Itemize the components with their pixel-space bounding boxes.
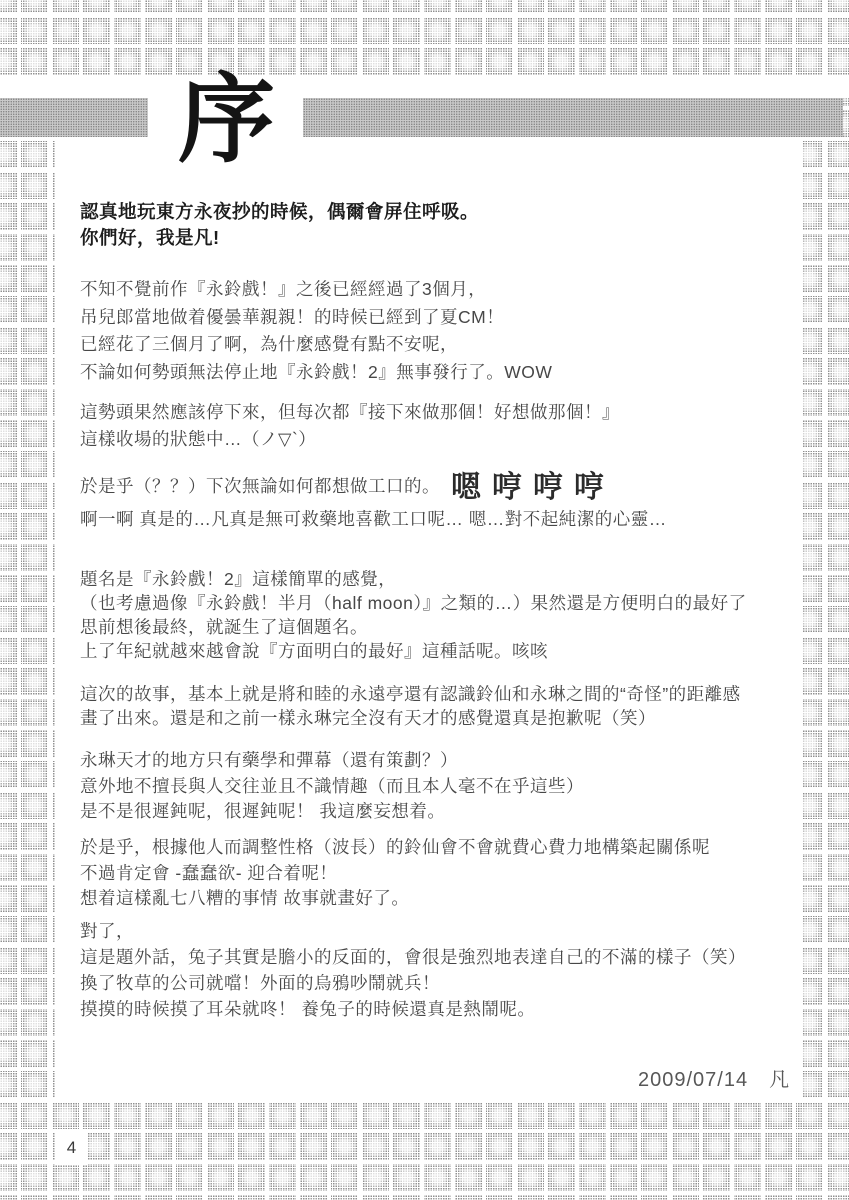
paragraph-next-plan: 於是乎（？？）下次無論如何都想做工口的。 啊一啊 真是的…凡真是無可救藥地喜歡工…	[80, 470, 795, 536]
title-bar-right	[303, 98, 843, 137]
text-line: 這勢頭果然應該停下來，但每次都『接下來做那個！好想做那個！』	[80, 399, 795, 426]
text-line: 已經花了三個月了啊，為什麼感覺有點不安呢，	[80, 331, 795, 359]
paragraph-release: 不知不覺前作『永鈴戲！』之後已經經過了3個月， 吊兒郎當地做着優曇華親親！的時候…	[80, 276, 795, 386]
intro-greeting: 認真地玩東方永夜抄的時候，偶爾會屏住呼吸。 你們好，我是凡!	[80, 199, 780, 251]
text-line: （也考慮過像『永鈴戲！半月（half moon）』之類的…）果然還是方便明白的最…	[80, 591, 795, 615]
text-line: 畫了出來。還是和之前一樣永琳完全沒有天才的感覺還真是抱歉呢（笑）	[80, 706, 795, 730]
text-line: 上了年紀就越來越會說『方面明白的最好』這種話呢。咳咳	[80, 639, 795, 663]
paragraph-rabbits: 對了， 這是題外話，兔子其實是膽小的反面的，會很是強烈地表達自己的不滿的樣子（笑…	[80, 918, 795, 1022]
title-bar-left	[0, 98, 148, 137]
handwritten-note: 嗯哼哼哼	[451, 462, 615, 506]
paragraph-eirin: 永琳天才的地方只有藥學和彈幕（還有策劃？） 意外地不擅長與人交往並且不識情趣（而…	[80, 748, 795, 825]
text-line: 想着這樣亂七八糟的事情 故事就畫好了。	[80, 886, 795, 912]
paragraph-momentum: 這勢頭果然應該停下來，但每次都『接下來做那個！好想做那個！』 這樣收場的狀態中……	[80, 399, 795, 453]
text-line: 吊兒郎當地做着優曇華親親！的時候已經到了夏CM！	[80, 304, 795, 332]
text-line: 你們好，我是凡!	[80, 225, 780, 251]
preface-page: 序 認真地玩東方永夜抄的時候，偶爾會屏住呼吸。 你們好，我是凡! 不知不覺前作『…	[0, 0, 849, 1200]
page-number: 4	[67, 1138, 76, 1158]
text-line: 認真地玩東方永夜抄的時候，偶爾會屏住呼吸。	[80, 199, 780, 225]
text-line: 換了牧草的公司就噹！外面的烏鴉吵鬧就兵！	[80, 970, 795, 996]
text-line: 不知不覺前作『永鈴戲！』之後已經經過了3個月，	[80, 276, 795, 304]
signature-date: 2009/07/14 凡	[638, 1063, 790, 1092]
paragraph-reisen: 於是乎，根據他人而調整性格（波長）的鈴仙會不會就費心費力地構築起關係呢 不過肯定…	[80, 835, 795, 912]
page-number-cell: 4	[55, 1131, 88, 1165]
text-line: 這是題外話，兔子其實是膽小的反面的，會很是強烈地表達自己的不滿的樣子（笑）	[80, 944, 795, 970]
text-line: 摸摸的時候摸了耳朵就咚！ 養兔子的時候還真是熱鬧呢。	[80, 996, 795, 1022]
text-line: 是不是很遲鈍呢，很遲鈍呢！ 我這麼妄想着。	[80, 799, 795, 825]
text-line: 永琳天才的地方只有藥學和彈幕（還有策劃？）	[80, 748, 795, 774]
paragraph-title-origin: 題名是『永鈴戲！2』這樣簡單的感覺， （也考慮過像『永鈴戲！半月（half mo…	[80, 567, 795, 663]
text-line: 於是乎，根據他人而調整性格（波長）的鈴仙會不會就費心費力地構築起關係呢	[80, 835, 795, 861]
text-line: 題名是『永鈴戲！2』這樣簡單的感覺，	[80, 567, 795, 591]
text-line: 這樣收場的狀態中…（ノ▽`）	[80, 426, 795, 453]
text-line: 不過肯定會 -蠢蠢欲- 迎合着呢！	[80, 861, 795, 887]
text-line: 這次的故事，基本上就是將和睦的永遠亭還有認識鈴仙和永琳之間的“奇怪”的距離感	[80, 682, 795, 706]
text-line: 啊一啊 真是的…凡真是無可救藥地喜歡工口呢… 嗯…對不起純潔的心靈…	[80, 503, 795, 536]
text-line: 對了，	[80, 918, 795, 944]
text-line: 意外地不擅長與人交往並且不識情趣（而且本人毫不在乎這些）	[80, 774, 795, 800]
page-title: 序	[178, 70, 348, 169]
text-line: 不論如何勢頭無法停止地『永鈴戲！2』無事發行了。WOW	[80, 359, 795, 387]
text-line: 思前想後最終，就誕生了這個題名。	[80, 615, 795, 639]
paragraph-story: 這次的故事，基本上就是將和睦的永遠亭還有認識鈴仙和永琳之間的“奇怪”的距離感 畫…	[80, 682, 795, 730]
text-line: 於是乎（？？）下次無論如何都想做工口的。	[80, 470, 795, 503]
